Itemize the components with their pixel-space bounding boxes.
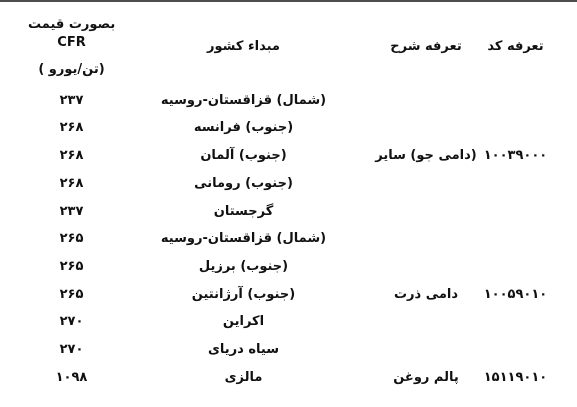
country-cell: رومانی (جنوب)	[115, 170, 372, 198]
code-cell: ۱۰۰۳۹۰۰۰	[480, 87, 551, 226]
country-cell: برزیل (جنوب)	[115, 253, 372, 281]
col-header-code: کد تعرفه	[480, 8, 551, 87]
country-cell: آرژانتین (جنوب)	[115, 281, 372, 309]
col-header-country: کشور مبداء	[115, 8, 372, 87]
col-header-description: شرح تعرفه	[372, 8, 480, 87]
country-cell: مالزی	[115, 364, 372, 392]
code-cell: ۱۰۰۵۹۰۱۰	[480, 226, 551, 365]
price-cell: ۲۶۵	[28, 281, 115, 309]
code-cell: ۱۵۱۱۹۰۱۰	[480, 364, 551, 392]
price-cell: ۲۶۸	[28, 142, 115, 170]
country-cell: روسیه-قزاقستان (شمال)	[115, 87, 372, 115]
price-cell: ۲۶۸	[28, 115, 115, 143]
country-cell: گرجستان	[115, 198, 372, 226]
table-row: ۲۶۵ روسیه-قزاقستان (شمال) ذرت دامی ۱۰۰۵۹…	[28, 226, 551, 254]
country-cell: فرانسه (جنوب)	[115, 115, 372, 143]
country-cell: روسیه-قزاقستان (شمال)	[115, 226, 372, 254]
price-cell: ۲۶۵	[28, 226, 115, 254]
price-cell: ۲۷۰	[28, 336, 115, 364]
country-cell: آلمان (جنوب)	[115, 142, 372, 170]
header-row: قیمت بصورت CFR ( یورو/تن) کشور مبداء شرح…	[28, 8, 551, 87]
page: قیمت بصورت CFR ( یورو/تن) کشور مبداء شرح…	[0, 0, 577, 407]
description-cell: روغن پالم	[372, 364, 480, 392]
price-cell: ۲۶۵	[28, 253, 115, 281]
cfr-label: CFR	[28, 35, 115, 51]
top-edge-strip	[0, 0, 577, 2]
table-row: ۲۳۷ روسیه-قزاقستان (شمال) سایر (جو دامی)…	[28, 87, 551, 115]
description-cell: سایر (جو دامی)	[372, 87, 480, 226]
price-header-title: قیمت بصورت	[28, 17, 115, 33]
tariff-price-table: قیمت بصورت CFR ( یورو/تن) کشور مبداء شرح…	[28, 8, 551, 392]
country-cell: دریای سیاه	[115, 336, 372, 364]
price-cell: ۲۳۷	[28, 87, 115, 115]
price-cell: ۲۷۰	[28, 309, 115, 337]
price-cell: ۲۶۸	[28, 170, 115, 198]
table-row: ۱۰۹۸ مالزی روغن پالم ۱۵۱۱۹۰۱۰	[28, 364, 551, 392]
price-cell: ۲۳۷	[28, 198, 115, 226]
price-cell: ۱۰۹۸	[28, 364, 115, 392]
price-unit-label: ( یورو/تن)	[28, 62, 115, 78]
col-header-price: قیمت بصورت CFR ( یورو/تن)	[28, 8, 115, 87]
description-cell: ذرت دامی	[372, 226, 480, 365]
country-cell: اکراین	[115, 309, 372, 337]
